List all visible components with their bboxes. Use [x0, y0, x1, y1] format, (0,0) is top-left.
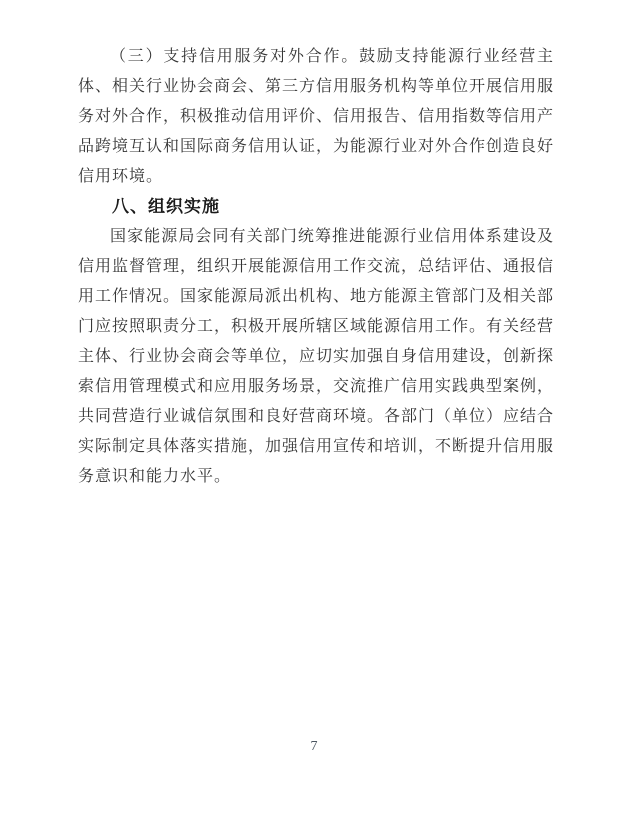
document-page: （三）支持信用服务对外合作。鼓励支持能源行业经营主体、相关行业协会商会、第三方信…	[0, 0, 628, 821]
paragraph-credit-service-cooperation: （三）支持信用服务对外合作。鼓励支持能源行业经营主体、相关行业协会商会、第三方信…	[78, 42, 554, 192]
page-number: 7	[0, 737, 628, 757]
paragraph-implementation: 国家能源局会同有关部门统筹推进能源行业信用体系建设及信用监督管理，组织开展能源信…	[78, 222, 554, 492]
document-content: （三）支持信用服务对外合作。鼓励支持能源行业经营主体、相关行业协会商会、第三方信…	[78, 42, 554, 492]
section-heading-organization-implementation: 八、组织实施	[78, 192, 554, 222]
paragraph-body-text: 鼓励支持能源行业经营主体、相关行业协会商会、第三方信用服务机构等单位开展信用服务…	[78, 48, 554, 185]
paragraph-lead-heading: （三）支持信用服务对外合作。	[110, 48, 359, 65]
